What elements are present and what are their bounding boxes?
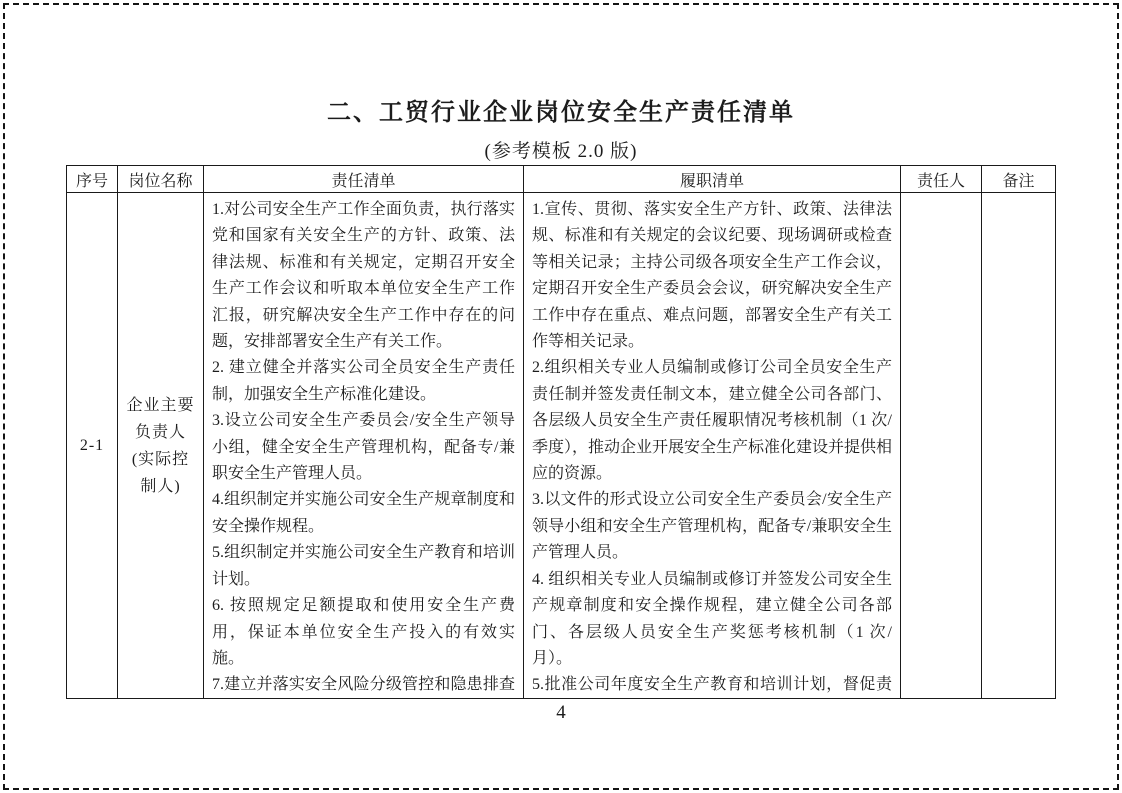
post-name-line: 企业主要 (120, 392, 201, 419)
cell-duty-list: 1.对公司安全生产工作全面负责，执行落实党和国家有关安全生产的方针、政策、法律法… (204, 193, 524, 699)
performance-item: 5.批准公司年度安全生产教育和培训计划，督促责任部门按培训计划开展教育培训（1 … (532, 672, 892, 697)
performance-item: 1.宣传、贯彻、落实安全生产方针、政策、法律法规、标准和有关规定的会议纪要、现场… (532, 197, 892, 355)
cell-responsible-person (901, 193, 982, 699)
post-name-line: (实际控 (120, 446, 201, 473)
document-page: 二、工贸行业企业岗位安全生产责任清单 (参考模板 2.0 版) 序号 岗位名称 … (0, 0, 1122, 793)
performance-item: 4. 组织相关专业人员编制或修订并签发公司安全生产规章制度和安全操作规程，建立健… (532, 567, 892, 673)
performance-list: 1.宣传、贯彻、落实安全生产方针、政策、法律法规、标准和有关规定的会议纪要、现场… (524, 193, 900, 697)
duty-item: 2. 建立健全并落实公司全员安全生产责任制，加强安全生产标准化建设。 (212, 355, 515, 408)
col-header-post-name: 岗位名称 (118, 166, 204, 193)
duty-item: 3.设立公司安全生产委员会/安全生产领导小组，健全安全生产管理机构，配备专/兼职… (212, 408, 515, 487)
page-subtitle: (参考模板 2.0 版) (0, 136, 1122, 163)
duty-item: 7.建立并落实安全风险分级管控和隐患排查治理双重预防工作机制，督促、检查公司的 (212, 672, 515, 697)
cell-performance-list: 1.宣传、贯彻、落实安全生产方针、政策、法律法规、标准和有关规定的会议纪要、现场… (524, 193, 901, 699)
performance-item: 3.以文件的形式设立公司安全生产委员会/安全生产领导小组和安全生产管理机构，配备… (532, 487, 892, 566)
duty-item: 5.组织制定并实施公司安全生产教育和培训计划。 (212, 540, 515, 593)
col-header-responsible-person: 责任人 (901, 166, 982, 193)
col-header-index: 序号 (67, 166, 118, 193)
col-header-performance-list: 履职清单 (524, 166, 901, 193)
cell-post-name: 企业主要 负责人 (实际控 制人) (118, 193, 204, 699)
cell-remarks (982, 193, 1056, 699)
col-header-remarks: 备注 (982, 166, 1056, 193)
responsibility-table: 序号 岗位名称 责任清单 履职清单 责任人 备注 2-1 企业主要 负责人 (实… (66, 165, 1056, 699)
page-number: 4 (0, 702, 1122, 724)
page-title: 二、工贸行业企业岗位安全生产责任清单 (0, 92, 1122, 127)
table-header-row: 序号 岗位名称 责任清单 履职清单 责任人 备注 (67, 166, 1056, 193)
duty-item: 6. 按照规定足额提取和使用安全生产费用，保证本单位安全生产投入的有效实施。 (212, 593, 515, 672)
cell-index: 2-1 (67, 193, 118, 699)
duty-list: 1.对公司安全生产工作全面负责，执行落实党和国家有关安全生产的方针、政策、法律法… (204, 193, 523, 697)
duty-item: 4.组织制定并实施公司安全生产规章制度和安全操作规程。 (212, 487, 515, 540)
duty-item: 1.对公司安全生产工作全面负责，执行落实党和国家有关安全生产的方针、政策、法律法… (212, 197, 515, 355)
post-name-line: 制人) (120, 473, 201, 500)
post-name-line: 负责人 (120, 419, 201, 446)
table-row: 2-1 企业主要 负责人 (实际控 制人) 1.对公司安全生产工作全面负责，执行… (67, 193, 1056, 699)
col-header-duty-list: 责任清单 (204, 166, 524, 193)
performance-item: 2.组织相关专业人员编制或修订公司全员安全生产责任制并签发责任制文本，建立健全公… (532, 355, 892, 487)
